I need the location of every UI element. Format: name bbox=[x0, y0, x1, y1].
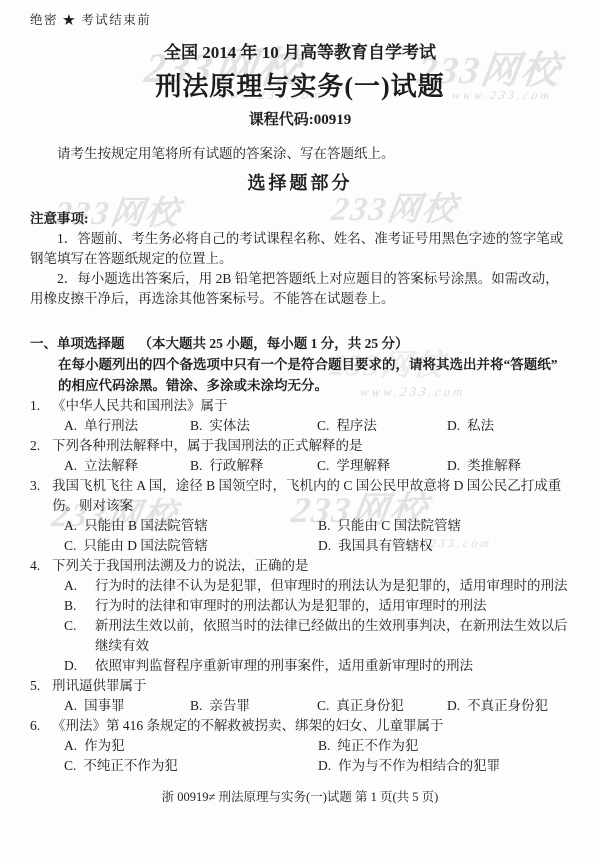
option-c: C.真正身份犯 bbox=[317, 696, 447, 716]
option-b: B.只能由 C 国法院管辖 bbox=[318, 516, 570, 536]
option-label: D. bbox=[447, 698, 460, 713]
option-label: C. bbox=[64, 538, 76, 553]
question-stem: 《刑法》第 416 条规定的不解救被拐卖、绑架的妇女、儿童罪属于 bbox=[52, 716, 570, 736]
course-code: 课程代码:00919 bbox=[30, 110, 570, 131]
option-b: B.纯正不作为犯 bbox=[318, 736, 570, 756]
page-footer: 浙 00919≠ 刑法原理与实务(一)试题 第 1 页(共 5 页) bbox=[0, 787, 600, 807]
option-text: 只能由 D 国法院管辖 bbox=[83, 538, 208, 553]
option-label: C. bbox=[317, 418, 329, 433]
question-6: 6. 《刑法》第 416 条规定的不解救被拐卖、绑架的妇女、儿童罪属于 A.作为… bbox=[30, 716, 570, 776]
option-label: B. bbox=[190, 698, 202, 713]
option-text: 亲告罪 bbox=[209, 698, 250, 713]
section-one-heading: 一、单项选择题（本大题共 25 小题，每小题 1 分，共 25 分） bbox=[30, 334, 570, 354]
option-c: C.新刑法生效以前，依照当时的法律已经做出的生效刑事判决，在新刑法生效以后继续有… bbox=[64, 616, 570, 656]
option-text: 立法解释 bbox=[84, 458, 138, 473]
option-label: B. bbox=[190, 458, 202, 473]
option-d: D.作为与不作为相结合的犯罪 bbox=[318, 756, 570, 776]
option-d: D.类推解释 bbox=[447, 456, 570, 476]
question-number: 3. bbox=[30, 476, 52, 516]
exam-paper-page: 233网校 www.233.com 233网校 www.233.com 233网… bbox=[0, 0, 600, 864]
option-label: B. bbox=[190, 418, 202, 433]
question-number: 6. bbox=[30, 716, 52, 736]
option-label: B. bbox=[64, 596, 88, 616]
option-d: D.依照审判监督程序重新审理的刑事案件，适用重新审理时的刑法 bbox=[64, 656, 570, 676]
option-text: 实体法 bbox=[209, 418, 250, 433]
question-stem: 我国飞机飞往 A 国，途径 B 国领空时，飞机内的 C 国公民甲故意将 D 国公… bbox=[52, 476, 570, 516]
option-label: D. bbox=[318, 538, 331, 553]
option-text: 不纯正不作为犯 bbox=[83, 758, 178, 773]
option-c: C.程序法 bbox=[317, 416, 447, 436]
option-a: A.国事罪 bbox=[64, 696, 190, 716]
option-label: D. bbox=[447, 418, 460, 433]
question-5: 5. 刑讯逼供罪属于 A.国事罪 B.亲告罪 C.真正身份犯 D.不真正身份犯 bbox=[30, 676, 570, 716]
option-text: 行为时的法律和审理时的刑法都认为是犯罪的，适用审理时的刑法 bbox=[95, 596, 570, 616]
option-text: 学理解释 bbox=[336, 458, 390, 473]
option-text: 依照审判监督程序重新审理的刑事案件，适用重新审理时的刑法 bbox=[95, 656, 570, 676]
option-text: 作为犯 bbox=[84, 738, 125, 753]
option-text: 单行刑法 bbox=[84, 418, 138, 433]
option-d: D.我国具有管辖权 bbox=[318, 536, 570, 556]
option-a: A.立法解释 bbox=[64, 456, 190, 476]
question-4: 4. 下列关于我国刑法溯及力的说法，正确的是 A.行为时的法律不认为是犯罪，但审… bbox=[30, 556, 570, 676]
option-a: A.作为犯 bbox=[64, 736, 318, 756]
option-label: C. bbox=[64, 616, 88, 656]
option-text: 国事罪 bbox=[84, 698, 125, 713]
option-label: D. bbox=[447, 458, 460, 473]
option-label: B. bbox=[318, 518, 330, 533]
option-text: 不真正身份犯 bbox=[467, 698, 548, 713]
option-text: 行为时的法律不认为是犯罪，但审理时的刑法认为是犯罪的，适用审理时的刑法 bbox=[95, 576, 570, 596]
section-one-heading-meta: （本大题共 25 小题，每小题 1 分，共 25 分） bbox=[139, 336, 409, 351]
option-b: B.亲告罪 bbox=[190, 696, 317, 716]
option-a: A.单行刑法 bbox=[64, 416, 190, 436]
option-a: A.只能由 B 国法院管辖 bbox=[64, 516, 318, 536]
question-1: 1. 《中华人民共和国刑法》属于 A.单行刑法 B.实体法 C.程序法 D.私法 bbox=[30, 396, 570, 436]
option-label: A. bbox=[64, 518, 77, 533]
option-text: 只能由 B 国法院管辖 bbox=[84, 518, 208, 533]
question-3: 3. 我国飞机飞往 A 国，途径 B 国领空时，飞机内的 C 国公民甲故意将 D… bbox=[30, 476, 570, 556]
option-c: C.只能由 D 国法院管辖 bbox=[64, 536, 318, 556]
option-label: B. bbox=[318, 738, 330, 753]
option-text: 只能由 C 国法院管辖 bbox=[337, 518, 461, 533]
option-label: A. bbox=[64, 738, 77, 753]
option-label: A. bbox=[64, 576, 88, 596]
option-text: 私法 bbox=[467, 418, 494, 433]
option-d: D.不真正身份犯 bbox=[447, 696, 570, 716]
option-b: B.行为时的法律和审理时的刑法都认为是犯罪的，适用审理时的刑法 bbox=[64, 596, 570, 616]
answer-sheet-instruction: 请考生按规定用笔将所有试题的答案涂、写在答题纸上。 bbox=[30, 144, 570, 164]
question-stem: 下列各种刑法解释中，属于我国刑法的正式解释的是 bbox=[52, 436, 570, 456]
option-label: C. bbox=[317, 458, 329, 473]
note-item-1: 1．答题前、考生务必将自己的考试课程名称、姓名、准考证号用黑色字迹的签字笔或钢笔… bbox=[30, 229, 570, 269]
option-text: 真正身份犯 bbox=[336, 698, 404, 713]
exam-session-title: 全国 2014 年 10 月高等教育自学考试 bbox=[30, 41, 570, 65]
option-label: C. bbox=[64, 758, 76, 773]
option-text: 类推解释 bbox=[467, 458, 521, 473]
option-text: 我国具有管辖权 bbox=[338, 538, 433, 553]
option-text: 行政解释 bbox=[209, 458, 263, 473]
option-text: 作为与不作为相结合的犯罪 bbox=[338, 758, 500, 773]
option-label: A. bbox=[64, 698, 77, 713]
option-b: B.实体法 bbox=[190, 416, 317, 436]
option-text: 纯正不作为犯 bbox=[337, 738, 418, 753]
question-stem: 《中华人民共和国刑法》属于 bbox=[52, 396, 570, 416]
option-label: A. bbox=[64, 458, 77, 473]
classification-label: 绝密 ★ 考试结束前 bbox=[30, 10, 570, 30]
question-number: 1. bbox=[30, 396, 52, 416]
question-number: 2. bbox=[30, 436, 52, 456]
question-stem: 下列关于我国刑法溯及力的说法，正确的是 bbox=[52, 556, 570, 576]
question-2: 2. 下列各种刑法解释中，属于我国刑法的正式解释的是 A.立法解释 B.行政解释… bbox=[30, 436, 570, 476]
option-label: A. bbox=[64, 418, 77, 433]
option-text: 新刑法生效以前，依照当时的法律已经做出的生效刑事判决，在新刑法生效以后继续有效 bbox=[95, 616, 570, 656]
section-one-requirement: 在每小题列出的四个备选项中只有一个是符合题目要求的，请将其选出并将“答题纸”的相… bbox=[30, 354, 570, 396]
section-one-heading-label: 一、单项选择题 bbox=[30, 336, 125, 351]
option-label: C. bbox=[317, 698, 329, 713]
option-label: D. bbox=[318, 758, 331, 773]
question-number: 4. bbox=[30, 556, 52, 576]
option-d: D.私法 bbox=[447, 416, 570, 436]
section-part-title: 选择题部分 bbox=[30, 171, 570, 196]
paper-title: 刑法原理与实务(一)试题 bbox=[30, 70, 570, 103]
option-a: A.行为时的法律不认为是犯罪，但审理时的刑法认为是犯罪的，适用审理时的刑法 bbox=[64, 576, 570, 596]
option-c: C.不纯正不作为犯 bbox=[64, 756, 318, 776]
option-text: 程序法 bbox=[336, 418, 377, 433]
question-number: 5. bbox=[30, 676, 52, 696]
notes-title: 注意事项: bbox=[30, 209, 570, 229]
option-b: B.行政解释 bbox=[190, 456, 317, 476]
note-item-2: 2．每小题选出答案后，用 2B 铅笔把答题纸上对应题目的答案标号涂黑。如需改动，… bbox=[30, 269, 570, 309]
question-stem: 刑讯逼供罪属于 bbox=[52, 676, 570, 696]
option-c: C.学理解释 bbox=[317, 456, 447, 476]
option-label: D. bbox=[64, 656, 88, 676]
